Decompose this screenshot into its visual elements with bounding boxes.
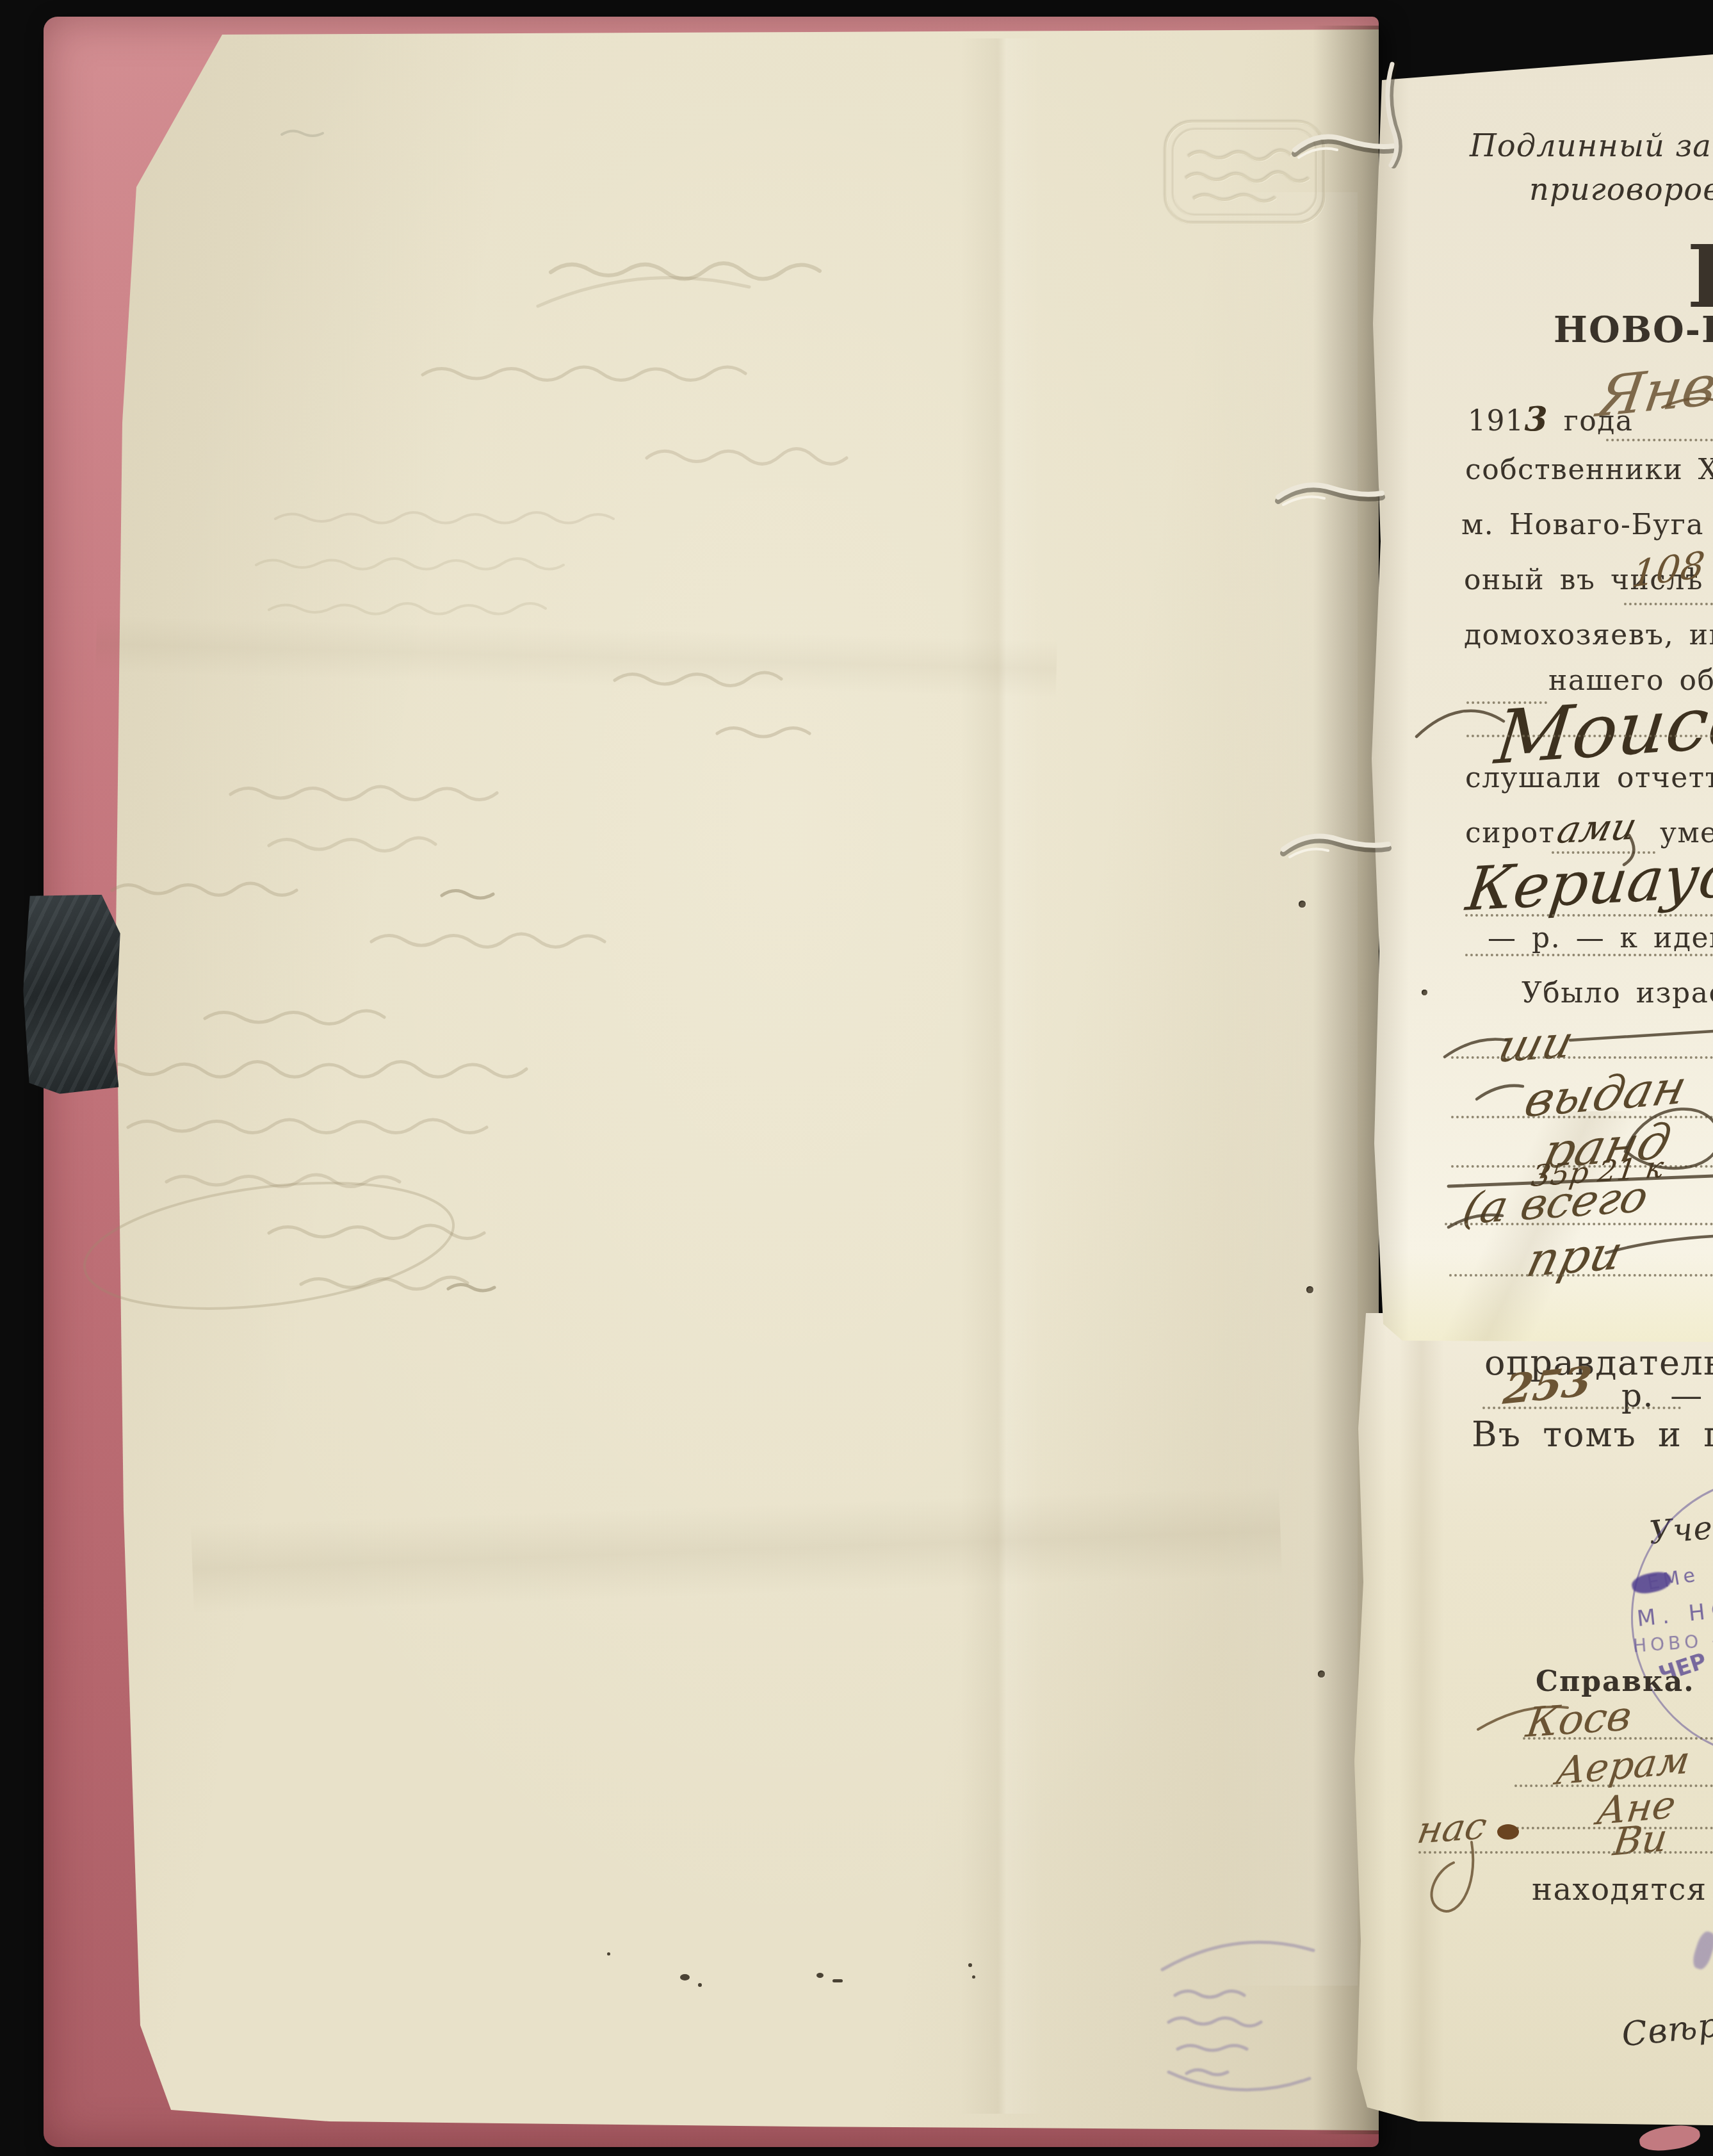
dotted-rule [1418,1851,1713,1854]
dotted-rule [1606,439,1713,441]
handwritten-name: Ви [1611,1816,1670,1865]
ink-speck [832,1979,843,1982]
scanned-archival-document: оправдательны 253 р. — к. Въ томъ и по У… [0,0,1713,2156]
paper-crease [1399,1313,1444,2125]
year-word: года [1548,405,1633,437]
masthead-title: НОВО-БУ [1554,309,1713,351]
punch-hole [1422,990,1427,995]
ink-speck [680,1974,690,1980]
printed-line-owners: собственники Херсон [1465,453,1713,486]
printed-line-household: домохозяевъ, имѣюш [1464,619,1713,651]
ink-speck [607,1952,610,1956]
printed-line-sirot: сирот [1465,817,1555,849]
printed-line-rk: — р. — к иден [1488,922,1713,954]
left-page [61,26,1379,2134]
printed-line-ubylo: Убыло израсхо [1522,977,1713,1009]
archive-tape [21,894,122,1098]
binding-thread [1278,817,1390,875]
printed-line-year: 1913 года [1468,400,1634,439]
dotted-rule [1514,1784,1713,1787]
mirrored-ink-stamp [1149,1918,1322,2085]
right-page-lower-sheet: оправдательны 253 р. — к. Въ томъ и по У… [1342,1313,1713,2125]
handwritten-total: 253 [1500,1357,1595,1414]
handwritten-sirot-insert: ами [1553,804,1641,852]
printed-line-nakhod: находятся на [1532,1872,1713,1907]
dotted-rule [1511,1827,1713,1829]
dotted-rule [1449,1274,1713,1277]
violet-smear [1690,1929,1713,1971]
handwritten-scrawl: ши [1493,1015,1579,1073]
printed-italic-line2: приговоровъ под [1529,172,1713,208]
dotted-rule [1465,914,1713,917]
year-hand-digit: 3 [1524,400,1548,439]
dotted-rule [1482,1407,1681,1409]
dotted-rule [1445,1223,1713,1225]
dotted-rule [1465,954,1713,956]
ink-speck [972,1975,975,1979]
year-printed: 191 [1468,405,1524,437]
handwritten-scrawl: при [1522,1225,1628,1288]
punch-hole [1299,901,1306,908]
ink-speck [968,1963,972,1967]
printed-line-sveryal: Свѣрял [1620,2002,1713,2055]
dotted-rule [1451,1056,1713,1059]
printed-line-vtom: Въ томъ и по [1472,1414,1713,1455]
dotted-rule [1466,735,1713,737]
printed-italic-line1: Подлинный записан [1470,128,1713,164]
ink-speck [816,1973,824,1978]
printed-line-slushali: слушали отчетъ опе [1465,762,1713,794]
binding-thread [1273,465,1385,523]
dotted-rule [1624,603,1713,605]
binding-thread [1364,59,1422,174]
ink-blot [1497,1824,1519,1840]
printed-line-spravka: Справка. [1536,1665,1695,1698]
cover-corner-peek [1638,2123,1701,2154]
right-page-top-sheet: Подлинный записан приговоровъ под П НОВО… [1364,54,1713,1342]
ink-speck [698,1983,702,1987]
printed-line-novy-bug: м. Новаго-Буга бывт [1461,509,1713,541]
handwritten-overlap: нас [1414,1804,1490,1852]
